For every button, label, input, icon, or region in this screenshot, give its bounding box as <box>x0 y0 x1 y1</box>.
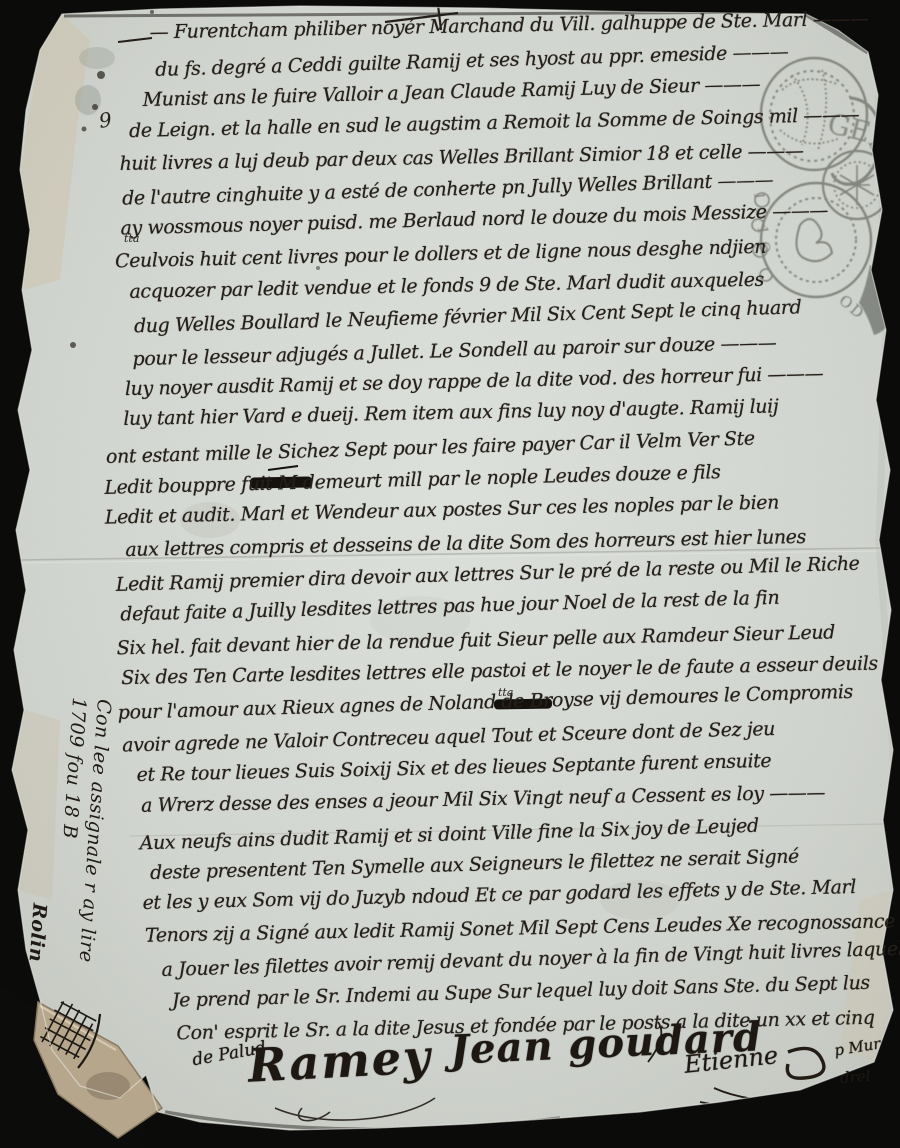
superscript-correction: tta <box>124 232 139 245</box>
torn-corner-stain <box>86 1072 130 1100</box>
handwriting-block: — Furentcham philiber noyér Marchand du … <box>0 5 900 1048</box>
signature-ramey: Ramey <box>247 1029 433 1093</box>
scanned-manuscript-page: GE BAIE 1O1O OD <box>0 0 900 1148</box>
paragraph-mark: 9 <box>97 107 113 133</box>
signature-paraph-bottom: drel <box>839 1067 871 1087</box>
superscript-correction: tta <box>498 686 513 699</box>
